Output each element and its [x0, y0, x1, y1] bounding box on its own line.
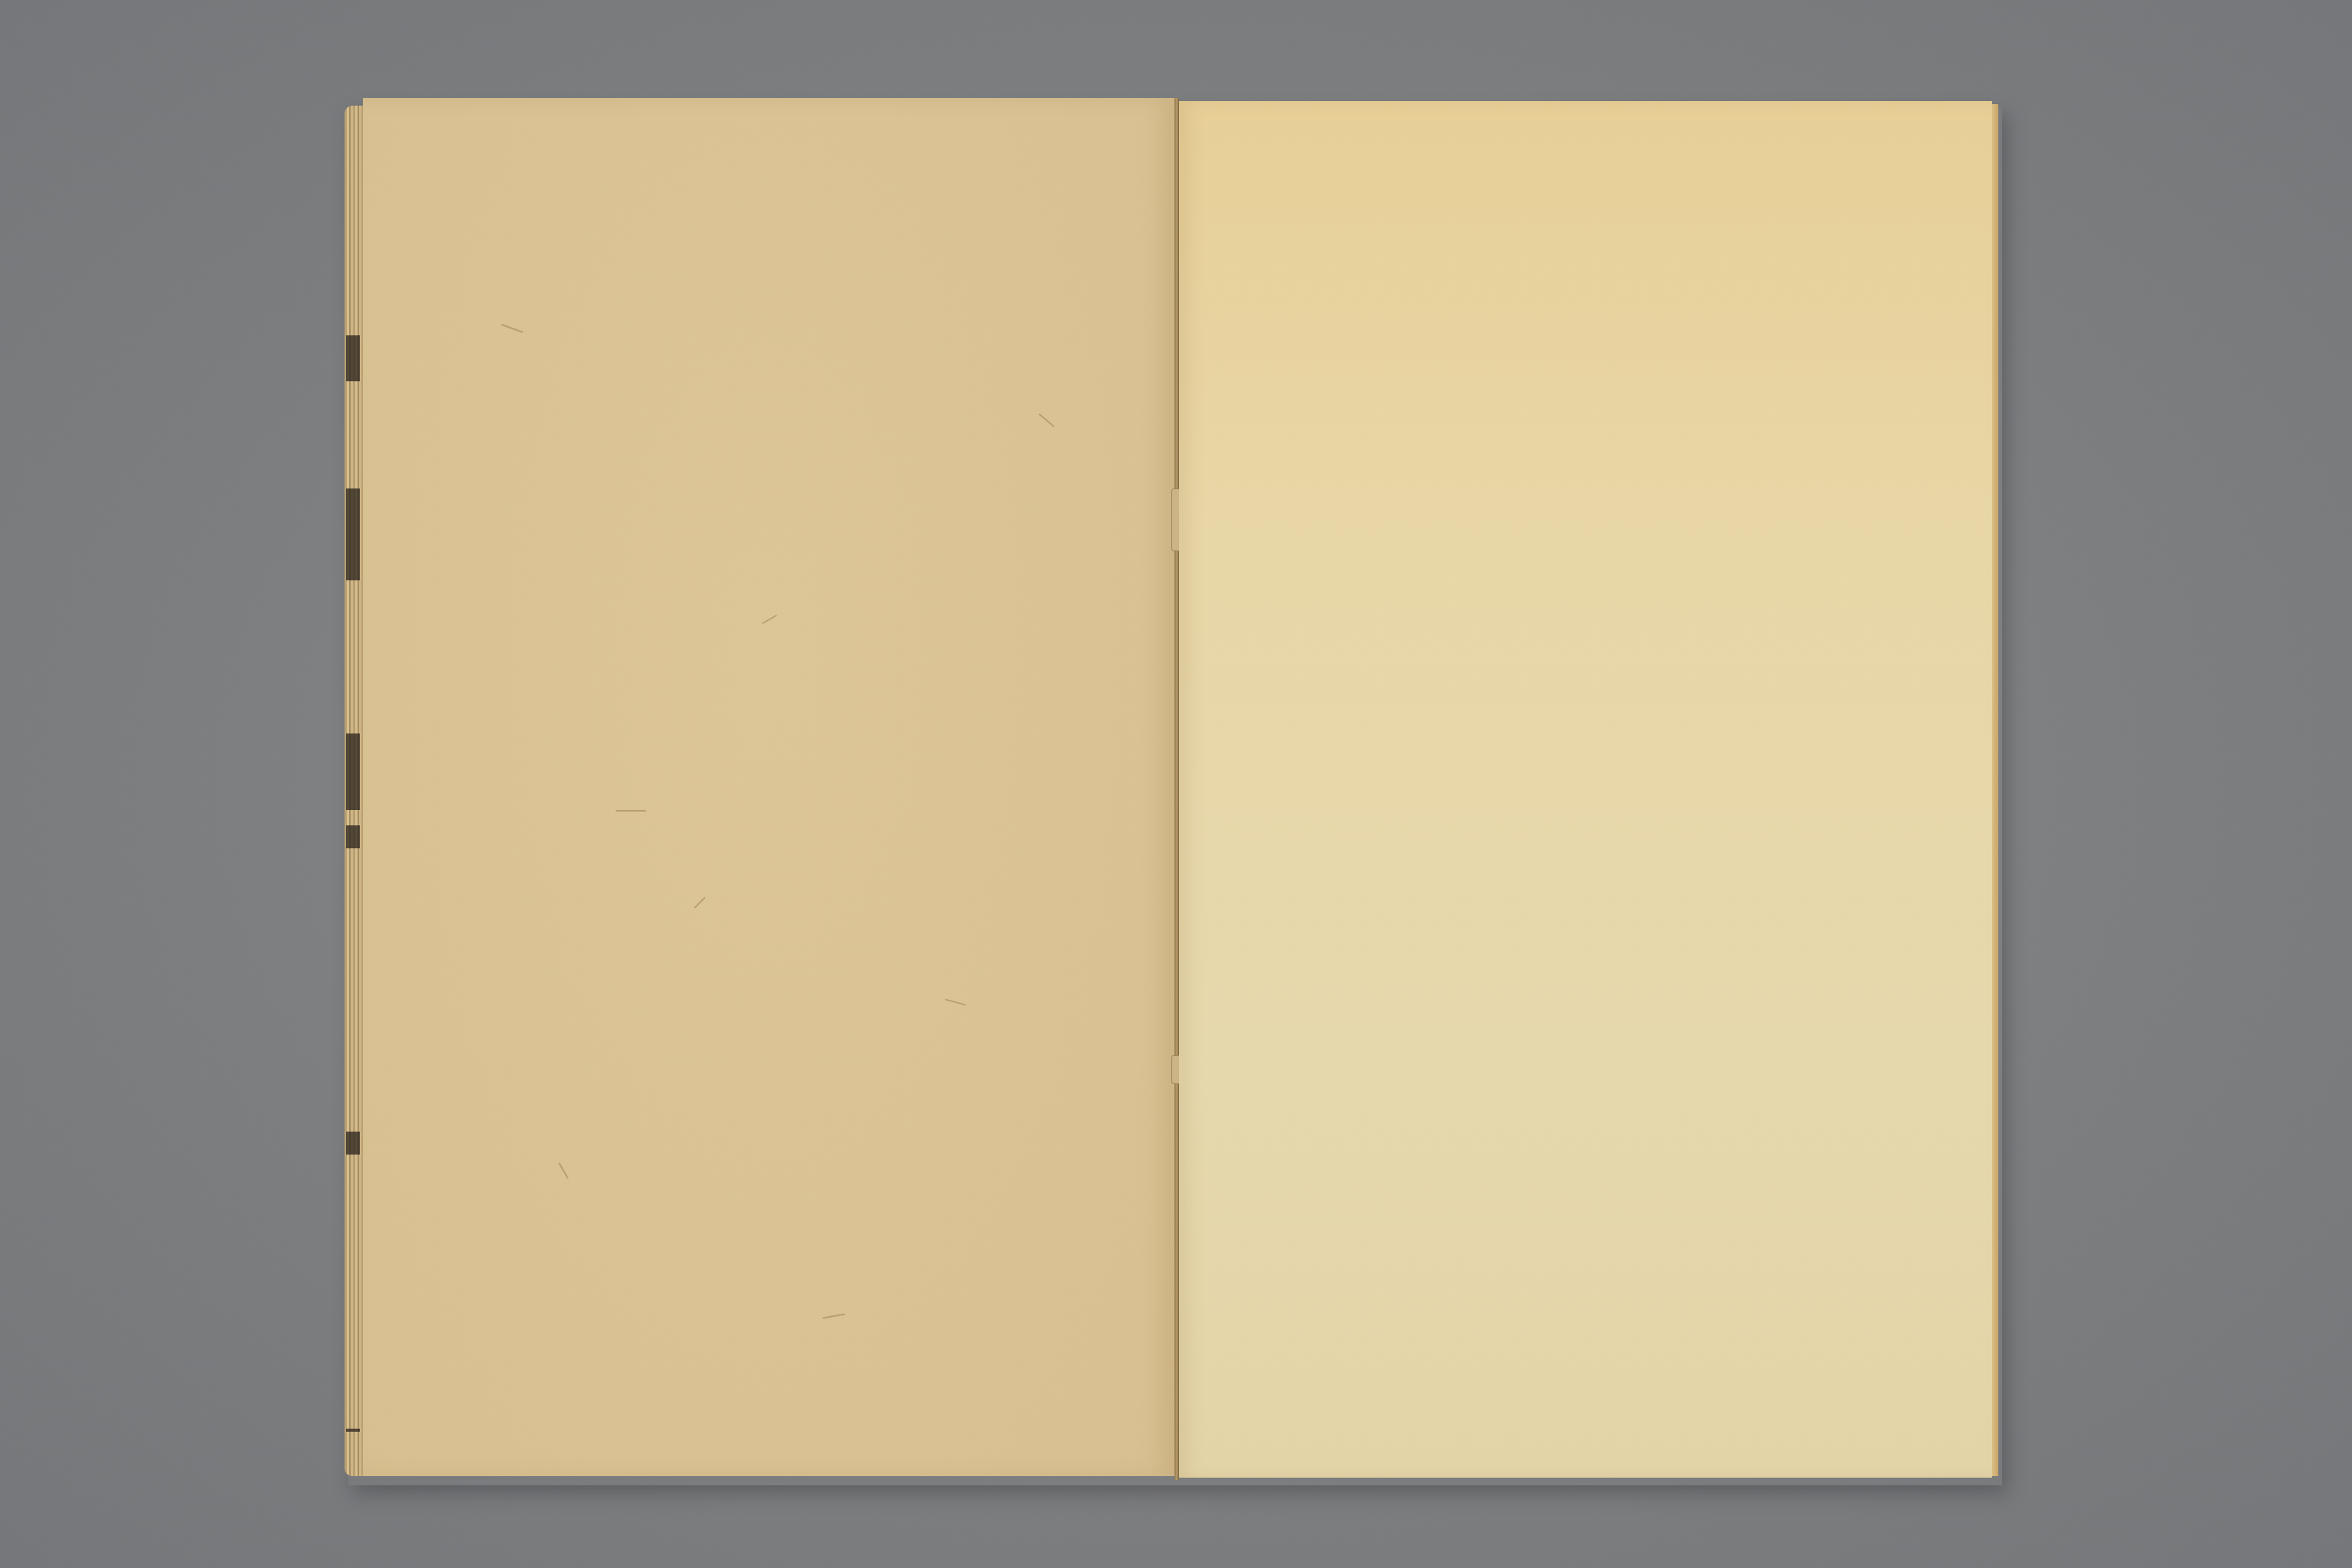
edge-mark [346, 1132, 360, 1155]
edge-mark [346, 335, 360, 381]
right-page-edge [1992, 104, 1998, 1476]
left-page [363, 98, 1174, 1476]
edge-mark [346, 1429, 360, 1432]
edge-mark [346, 825, 360, 848]
page-block-edge [345, 106, 363, 1476]
right-page [1179, 101, 1992, 1478]
edge-mark [346, 733, 360, 810]
edge-mark [346, 488, 360, 580]
open-book [345, 98, 1998, 1480]
